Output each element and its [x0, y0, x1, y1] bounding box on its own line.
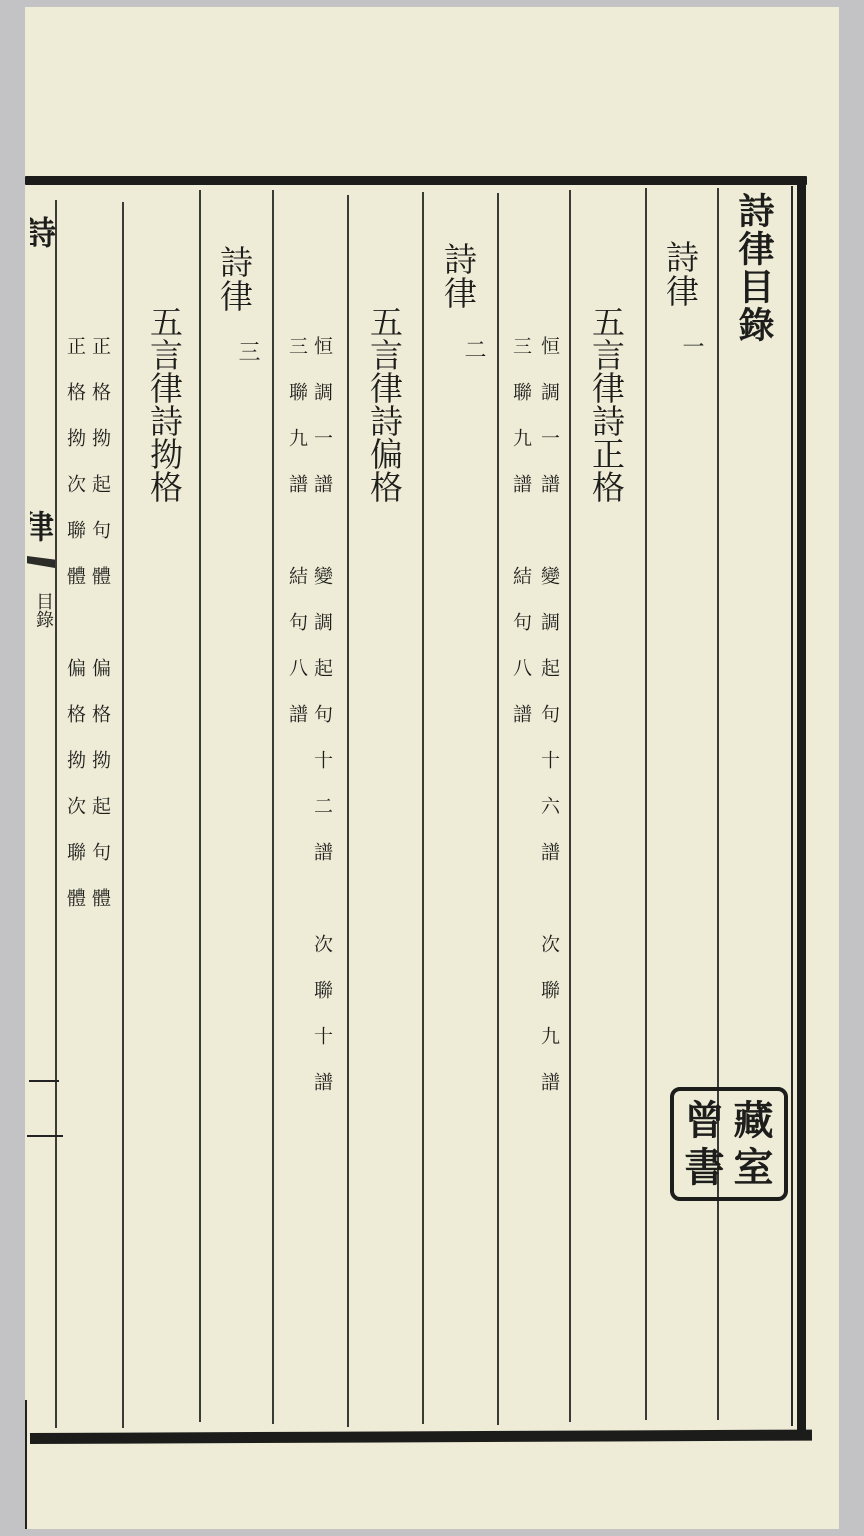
volume-label-1: 詩律 [664, 240, 697, 308]
seal-char: 書 [680, 1144, 729, 1191]
margin-rule [27, 1135, 63, 1137]
column-rule [569, 190, 571, 1422]
margin-section-label: 目錄 [34, 592, 52, 628]
column-rule [497, 193, 499, 1425]
volume-number-3: 三 [236, 340, 258, 362]
seal-char: 室 [729, 1144, 778, 1191]
frame-right-border [797, 178, 806, 1433]
column-rule [645, 188, 647, 1420]
seal-char: 藏 [729, 1097, 778, 1144]
entry-column-left-3: 正格拗次聯體 偏格拗次聯體 [65, 336, 84, 934]
entry-column-right-1: 恒調一譜 變調起句十六譜 次聯九譜 [539, 336, 558, 1118]
frame-top-border [25, 176, 807, 185]
section-heading-2: 五言律詩偏格 [368, 305, 401, 503]
section-heading-3: 五言律詩拗格 [148, 305, 181, 503]
column-rule [717, 188, 719, 1420]
entry-column-right-3: 正格拗起句體 偏格拗起句體 [90, 336, 109, 934]
column-rule [347, 195, 349, 1427]
seal-char: 曾 [680, 1097, 729, 1144]
page-edge [25, 1400, 27, 1529]
collector-seal: 曾 藏 書 室 [670, 1087, 788, 1201]
entry-column-left-2: 三聯九譜 結句八譜 [287, 336, 306, 750]
entry-column-right-2: 恒調一譜 變調起句十二譜 次聯十譜 [312, 336, 331, 1118]
volume-number-1: 一 [680, 335, 702, 357]
entry-column-left-1: 三聯九譜 結句八譜 [511, 336, 530, 750]
column-rule [272, 190, 274, 1424]
column-rule [199, 190, 201, 1422]
volume-label-2: 詩律 [442, 242, 475, 310]
column-rule [122, 202, 124, 1428]
column-rule [55, 200, 57, 1428]
frame-right-inner-line [791, 186, 793, 1426]
volume-number-2: 二 [462, 338, 484, 360]
page-number-mark [29, 1080, 59, 1082]
column-rule [422, 192, 424, 1424]
page-title: 詩律目錄 [736, 192, 772, 344]
section-heading-1: 五言律詩正格 [590, 305, 623, 503]
volume-label-3: 詩律 [218, 245, 251, 313]
